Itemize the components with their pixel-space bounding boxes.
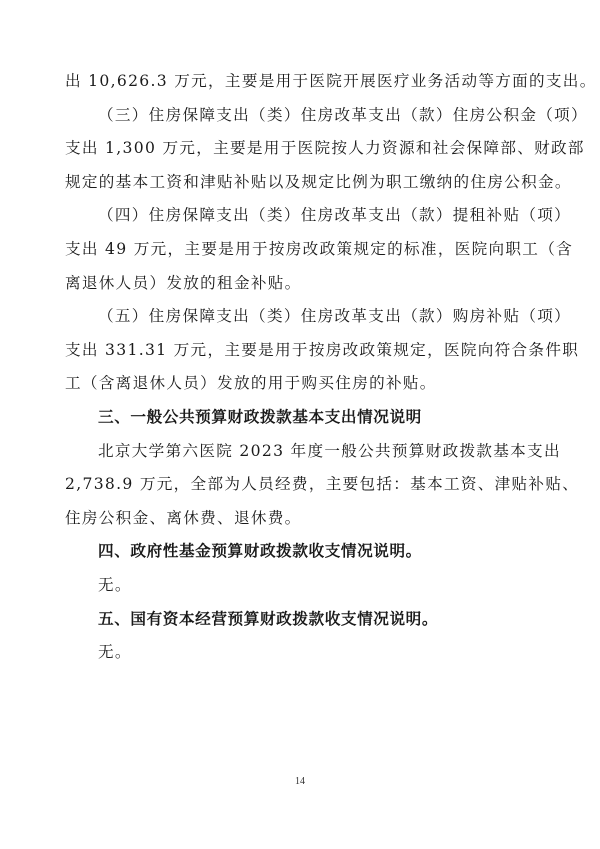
page-content: 出 10,626.3 万元，主要是用于医院开展医疗业务活动等方面的支出。 （三）… [65, 65, 539, 670]
item-three-line: （三）住房保障支出（类）住房改革支出（款）住房公积金（项） [65, 99, 539, 133]
item-five-line: （五）住房保障支出（类）住房改革支出（款）购房补贴（项） [65, 300, 539, 334]
section-heading-three: 三、一般公共预算财政拨款基本支出情况说明 [65, 401, 539, 435]
body-line: 2,738.9 万元，全部为人员经费，主要包括：基本工资、津贴补贴、 [65, 468, 539, 502]
page-number: 14 [0, 776, 600, 787]
body-line: 无。 [65, 569, 539, 603]
item-four-line: （四）住房保障支出（类）住房改革支出（款）提租补贴（项） [65, 199, 539, 233]
body-line: 无。 [65, 636, 539, 670]
body-line: 支出 331.31 万元，主要是用于按房改政策规定，医院向符合条件职 [65, 334, 539, 368]
body-line: 出 10,626.3 万元，主要是用于医院开展医疗业务活动等方面的支出。 [65, 65, 539, 99]
section-heading-four: 四、政府性基金预算财政拨款收支情况说明。 [65, 535, 539, 569]
body-line: 离退休人员）发放的租金补贴。 [65, 267, 539, 301]
body-line: 规定的基本工资和津贴补贴以及规定比例为职工缴纳的住房公积金。 [65, 166, 539, 200]
body-line: 住房公积金、离休费、退休费。 [65, 502, 539, 536]
document-page: 出 10,626.3 万元，主要是用于医院开展医疗业务活动等方面的支出。 （三）… [0, 0, 600, 849]
body-line: 工（含离退休人员）发放的用于购买住房的补贴。 [65, 367, 539, 401]
body-line: 北京大学第六医院 2023 年度一般公共预算财政拨款基本支出 [65, 435, 539, 469]
body-line: 支出 49 万元，主要是用于按房改政策规定的标准，医院向职工（含 [65, 233, 539, 267]
section-heading-five: 五、国有资本经营预算财政拨款收支情况说明。 [65, 603, 539, 637]
body-line: 支出 1,300 万元，主要是用于医院按人力资源和社会保障部、财政部 [65, 132, 539, 166]
